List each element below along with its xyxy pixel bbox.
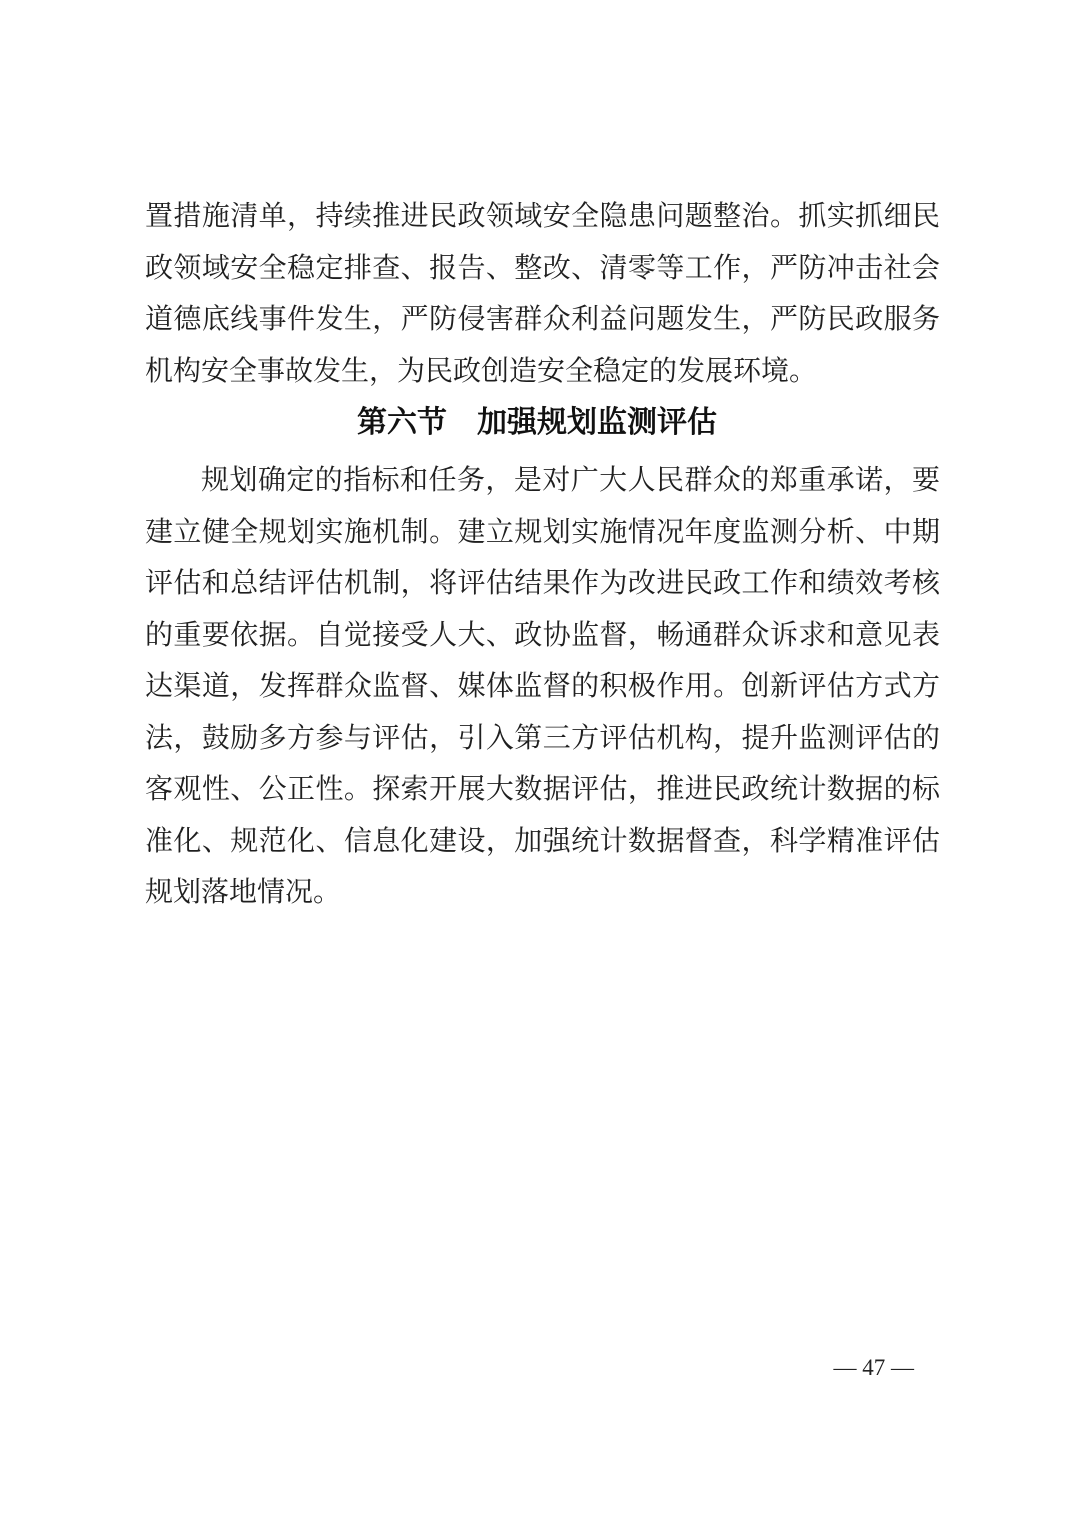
body-text-line: 法，鼓励多方参与评估，引入第三方评估机构，提升监测评估的 — [145, 713, 940, 765]
body-text-line: 道德底线事件发生，严防侵害群众利益问题发生，严防民政服务 — [145, 294, 940, 346]
body-text-line: 客观性、公正性。探索开展大数据评估，推进民政统计数据的标 — [145, 764, 940, 816]
paragraph-monitoring-evaluation: 规划确定的指标和任务，是对广大人民群众的郑重承诺，要 建立健全规划实施机制。建立… — [145, 455, 940, 919]
document-page: 置措施清单，持续推进民政领域安全隐患问题整治。抓实抓细民 政领域安全稳定排查、报… — [0, 0, 1074, 1520]
body-text-line: 准化、规范化、信息化建设，加强统计数据督查，科学精准评估 — [145, 816, 940, 868]
paragraph-safety-measures: 置措施清单，持续推进民政领域安全隐患问题整治。抓实抓细民 政领域安全稳定排查、报… — [145, 191, 940, 397]
body-text-line: 达渠道，发挥群众监督、媒体监督的积极作用。创新评估方式方 — [145, 661, 940, 713]
body-text-line: 评估和总结评估机制，将评估结果作为改进民政工作和绩效考核 — [145, 558, 940, 610]
body-text-line: 建立健全规划实施机制。建立规划实施情况年度监测分析、中期 — [145, 507, 940, 559]
body-text-line: 的重要依据。自觉接受人大、政协监督，畅通群众诉求和意见表 — [145, 610, 940, 662]
body-text-line: 政领域安全稳定排查、报告、整改、清零等工作，严防冲击社会 — [145, 243, 940, 295]
body-text-line: 机构安全事故发生，为民政创造安全稳定的发展环境。 — [145, 346, 940, 398]
body-text-line: 置措施清单，持续推进民政领域安全隐患问题整治。抓实抓细民 — [145, 191, 940, 243]
body-text-line: 规划确定的指标和任务，是对广大人民群众的郑重承诺，要 — [145, 455, 940, 507]
page-number: — 47 — — [834, 1352, 915, 1384]
body-text-line: 规划落地情况。 — [145, 867, 940, 919]
section-heading: 第六节 加强规划监测评估 — [0, 401, 1074, 445]
